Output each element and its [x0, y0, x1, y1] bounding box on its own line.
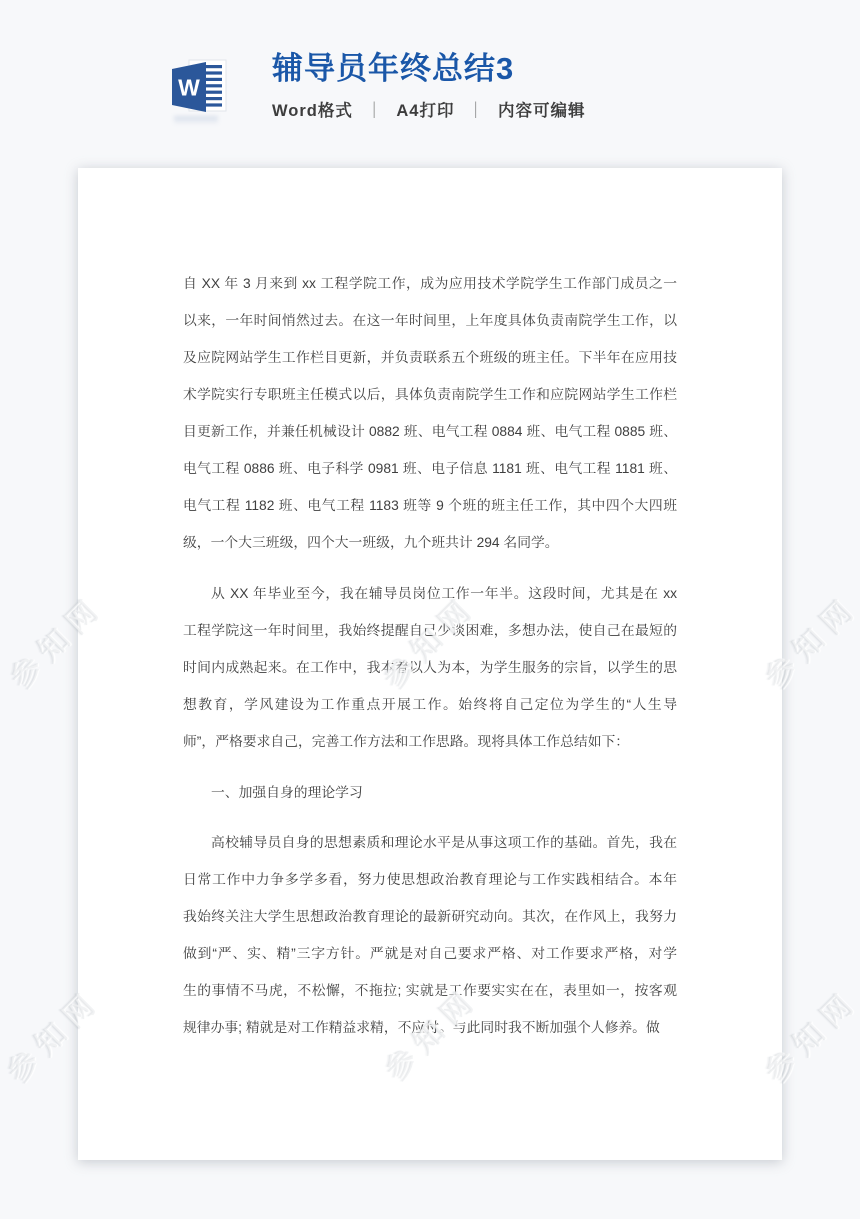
badge-separator: ｜	[366, 102, 384, 120]
paragraph-line: 做到“严、实、精”三字方针。严就是对自己要求严格、对工作要求严格，对学	[183, 935, 677, 972]
paragraph-line: 及应院网站学生工作栏目更新，并负责联系五个班级的班主任。下半年在应用技	[183, 339, 677, 376]
badge-a4-print: A4打印	[396, 102, 454, 120]
document-header: W 辅导员年终总结3 Word格式｜A4打印｜内容可编辑	[168, 50, 728, 121]
document-content: 自 XX 年 3 月来到 xx 工程学院工作，成为应用技术学院学生工作部门成员之…	[183, 265, 677, 1060]
paragraph: 自 XX 年 3 月来到 xx 工程学院工作，成为应用技术学院学生工作部门成员之…	[183, 265, 677, 561]
badge-word-format: Word格式	[272, 102, 353, 120]
paragraph-line: 术学院实行专职班主任模式以后，具体负责南院学生工作和应院网站学生工作栏	[183, 376, 677, 413]
paragraph-line: 想教育，学风建设为工作重点开展工作。始终将自己定位为学生的“人生导	[183, 686, 677, 723]
document-page: 自 XX 年 3 月来到 xx 工程学院工作，成为应用技术学院学生工作部门成员之…	[78, 168, 782, 1160]
word-icon: W	[168, 58, 228, 116]
svg-text:W: W	[178, 75, 200, 101]
paragraph: 高校辅导员自身的思想素质和理论水平是从事这项工作的基础。首先，我在日常工作中力争…	[183, 824, 677, 1046]
paragraph-line: 目更新工作，并兼任机械设计 0882 班、电气工程 0884 班、电气工程 08…	[183, 413, 677, 450]
paragraph: 从 XX 年毕业至今，我在辅导员岗位工作一年半。这段时间，尤其是在 xx工程学院…	[183, 575, 677, 760]
badge-editable: 内容可编辑	[498, 102, 586, 120]
paragraph-line: 时间内成熟起来。在工作中，我本着以人为本，为学生服务的宗旨，以学生的思	[183, 649, 677, 686]
page-title: 辅导员年终总结3	[272, 50, 728, 88]
paragraph-line: 级，一个大三班级，四个大一班级，九个班共计 294 名同学。	[183, 524, 677, 561]
page-background: W 辅导员年终总结3 Word格式｜A4打印｜内容可编辑 自 XX 年 3 月来…	[0, 0, 860, 1219]
badge-separator: ｜	[467, 102, 485, 120]
paragraph-line: 工程学院这一年时间里，我始终提醒自己少谈困难，多想办法，使自己在最短的	[183, 612, 677, 649]
paragraph-line: 生的事情不马虎，不松懈，不拖拉; 实就是工作要实实在在，表里如一，按客观	[183, 972, 677, 1009]
paragraph-line: 从 XX 年毕业至今，我在辅导员岗位工作一年半。这段时间，尤其是在 xx	[183, 575, 677, 612]
paragraph-line: 电气工程 1182 班、电气工程 1183 班等 9 个班的班主任工作，其中四个…	[183, 487, 677, 524]
paragraph-line: 一、加强自身的理论学习	[183, 774, 677, 811]
paragraph-line: 自 XX 年 3 月来到 xx 工程学院工作，成为应用技术学院学生工作部门成员之…	[183, 265, 677, 302]
paragraph-line: 我始终关注大学生思想政治教育理论的最新研究动向。其次，在作风上，我努力	[183, 898, 677, 935]
header-text: 辅导员年终总结3 Word格式｜A4打印｜内容可编辑	[272, 50, 728, 121]
paragraph-line: 电气工程 0886 班、电子科学 0981 班、电子信息 1181 班、电气工程…	[183, 450, 677, 487]
format-badges: Word格式｜A4打印｜内容可编辑	[272, 97, 728, 121]
paragraph-line: 师”，严格要求自己，完善工作方法和工作思路。现将具体工作总结如下：	[183, 723, 677, 760]
section-heading: 一、加强自身的理论学习	[183, 774, 677, 811]
paragraph-line: 以来，一年时间悄然过去。在这一年时间里，上年度具体负责南院学生工作，以	[183, 302, 677, 339]
paragraph-line: 高校辅导员自身的思想素质和理论水平是从事这项工作的基础。首先，我在	[183, 824, 677, 861]
paragraph-line: 日常工作中力争多学多看，努力使思想政治教育理论与工作实践相结合。本年度，	[183, 861, 677, 898]
paragraph-line: 规律办事; 精就是对工作精益求精，不应付。与此同时我不断加强个人修养。做	[183, 1009, 677, 1046]
